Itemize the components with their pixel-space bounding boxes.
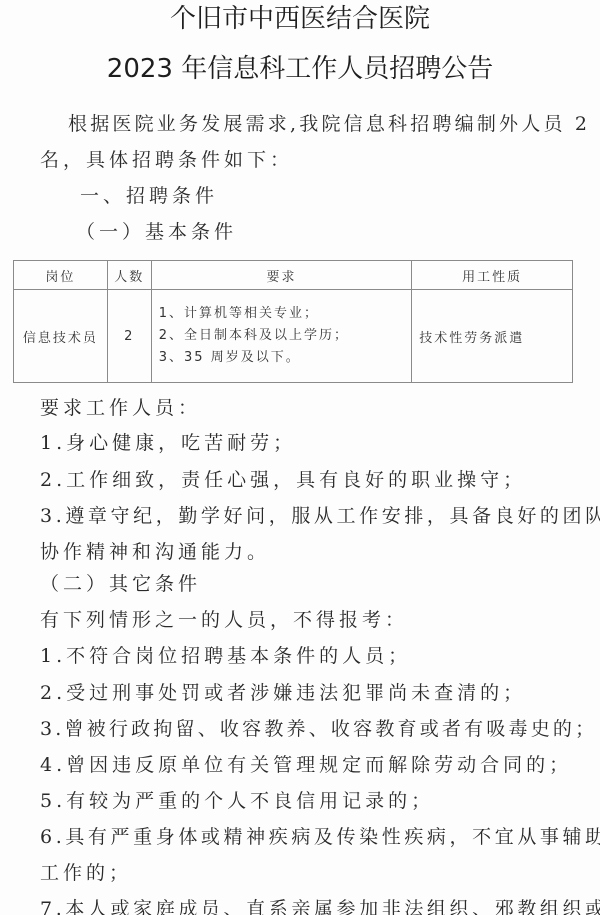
exclusion-item-continued: 工作的； [40,860,132,886]
cell-position: 信息技术员 [14,290,108,383]
staff-requirement-item: 1.身心健康，吃苦耐劳； [40,430,296,456]
staff-requirement-item: 3.遵章守纪，勤学好问，服从工作安排，具备良好的团队 [40,503,600,529]
subsection-heading-other-conditions: （二）其它条件 [40,571,201,597]
staff-requirement-item-continued: 协作精神和沟通能力。 [40,539,270,565]
exclusion-intro: 有下列情形之一的人员，不得报考： [40,607,408,633]
staff-requirements-heading: 要求工作人员： [40,395,201,421]
hospital-name-title: 个旧市中西医结合医院 [0,4,600,34]
requirement-item: 2、全日制本科及以上学历； [159,325,412,347]
exclusion-item: 3.曾被行政拘留、收容教养、收容教育或者有吸毒史的； [40,716,597,742]
header-count: 人数 [107,261,151,290]
announcement-title: 2023 年信息科工作人员招聘公告 [0,54,600,84]
exclusion-item: 7.本人或家庭成员、直系亲属参加非法组织、邪教组织或 [40,896,600,915]
table-row: 信息技术员 2 1、计算机等相关专业； 2、全日制本科及以上学历； 3、35 周… [14,290,573,383]
header-employment-type: 用工性质 [412,261,573,290]
cell-count: 2 [107,290,151,383]
cell-employment-type: 技术性劳务派遣 [412,290,573,383]
exclusion-item: 2.受过刑事处罚或者涉嫌违法犯罪尚未查清的； [40,680,526,706]
cell-requirements: 1、计算机等相关专业； 2、全日制本科及以上学历； 3、35 周岁及以下。 [151,290,412,383]
table-header-row: 岗位 人数 要求 用工性质 [14,261,573,290]
requirement-item: 1、计算机等相关专业； [159,303,412,325]
recruitment-table: 岗位 人数 要求 用工性质 信息技术员 2 1、计算机等相关专业； 2、全日制本… [13,260,573,383]
section-heading-recruitment-conditions: 一、招聘条件 [80,183,218,209]
header-position: 岗位 [14,261,108,290]
intro-paragraph-line-1: 根据医院业务发展需求,我院信息科招聘编制外人员 2 [68,111,590,137]
header-requirements: 要求 [151,261,412,290]
exclusion-item: 1.不符合岗位招聘基本条件的人员； [40,643,411,669]
staff-requirement-item: 2.工作细致，责任心强，具有良好的职业操守； [40,467,526,493]
exclusion-item: 4.曾因违反原单位有关管理规定而解除劳动合同的； [40,752,572,778]
exclusion-item: 6.具有严重身体或精神疾病及传染性疾病，不宜从事辅助 [40,824,600,850]
subsection-heading-basic-conditions: （一）基本条件 [76,219,237,245]
exclusion-item: 5.有较为严重的个人不良信用记录的； [40,788,434,814]
requirement-item: 3、35 周岁及以下。 [159,347,412,369]
intro-paragraph-line-2: 名，具体招聘条件如下： [40,147,293,173]
